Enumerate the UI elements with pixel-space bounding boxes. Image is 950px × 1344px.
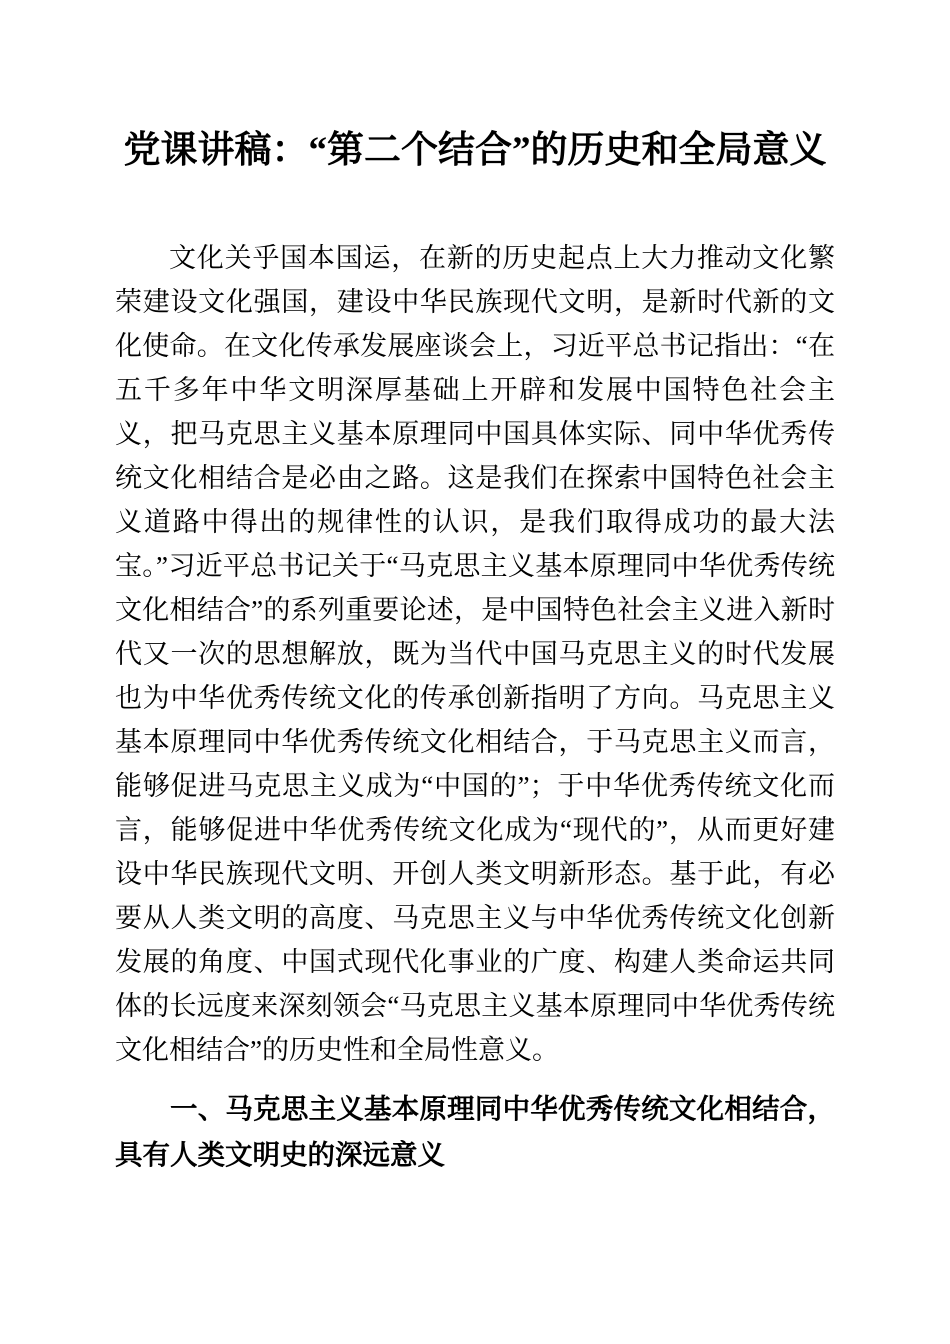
body-paragraph: 文化关乎国本国运，在新的历史起点上大力推动文化繁荣建设文化强国，建设中华民族现代… <box>115 236 835 1072</box>
section-heading: 一、马克思主义基本原理同中华优秀传统文化相结合，具有人类文明史的深远意义 <box>115 1086 835 1178</box>
document-page: 党课讲稿：“第二个结合”的历史和全局意义 文化关乎国本国运，在新的历史起点上大力… <box>0 0 950 1344</box>
document-title: 党课讲稿：“第二个结合”的历史和全局意义 <box>115 126 835 176</box>
document-content: 党课讲稿：“第二个结合”的历史和全局意义 文化关乎国本国运，在新的历史起点上大力… <box>115 0 835 1178</box>
